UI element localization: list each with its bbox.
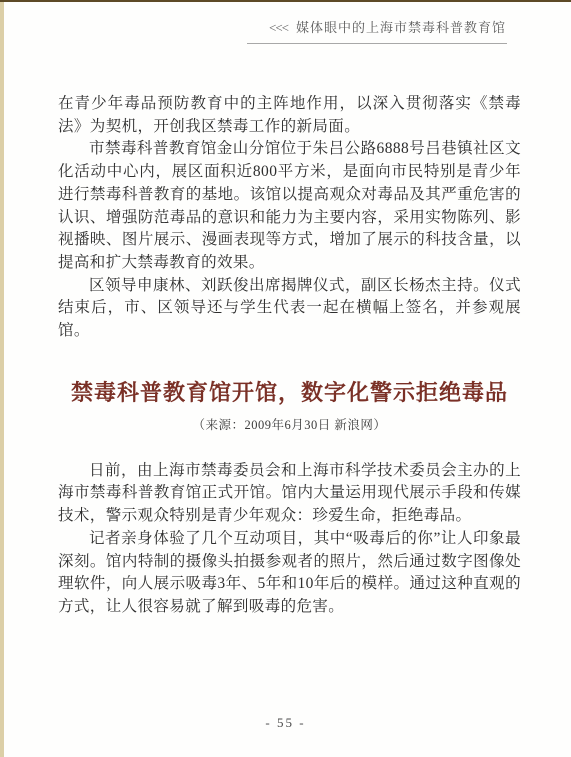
article-title: 禁毒科普教育馆开馆，数字化警示拒绝毒品 xyxy=(58,376,521,407)
page-content: 在青少年毒品预防教育中的主阵地作用，以深入贯彻落实《禁毒法》为契机，开创我区禁毒… xyxy=(58,93,521,619)
page-left-edge-band xyxy=(0,2,4,757)
scanned-document-page: <<<媒体眼中的上海市禁毒科普教育馆 在青少年毒品预防教育中的主阵地作用，以深入… xyxy=(0,0,571,757)
page-number: - 55 - xyxy=(0,715,571,731)
running-header-title: 媒体眼中的上海市禁毒科普教育馆 xyxy=(296,20,506,35)
body-paragraph-1: 在青少年毒品预防教育中的主阵地作用，以深入贯彻落实《禁毒法》为契机，开创我区禁毒… xyxy=(58,93,521,138)
running-header: <<<媒体眼中的上海市禁毒科普教育馆 xyxy=(0,17,507,44)
chevrons-left-icon: <<< xyxy=(269,20,288,35)
body-paragraph-3: 区领导申康林、刘跃俊出席揭牌仪式，副区长杨杰主持。仪式结束后，市、区领导还与学生… xyxy=(58,275,521,343)
article-paragraph-1: 日前，由上海市禁毒委员会和上海市科学技术委员会主办的上海市禁毒科普教育馆正式开馆… xyxy=(58,460,521,528)
page-top-edge-line xyxy=(0,0,571,2)
body-paragraph-2: 市禁毒科普教育馆金山分馆位于朱吕公路6888号吕巷镇社区文化活动中心内，展区面积… xyxy=(58,138,521,274)
running-header-rule: <<<媒体眼中的上海市禁毒科普教育馆 xyxy=(247,17,507,44)
article-paragraph-2: 记者亲身体验了几个互动项目，其中“吸毒后的你”让人印象最深刻。馆内特制的摄像头拍… xyxy=(58,528,521,619)
article-source-line: （来源：2009年6月30日 新浪网） xyxy=(58,415,521,433)
